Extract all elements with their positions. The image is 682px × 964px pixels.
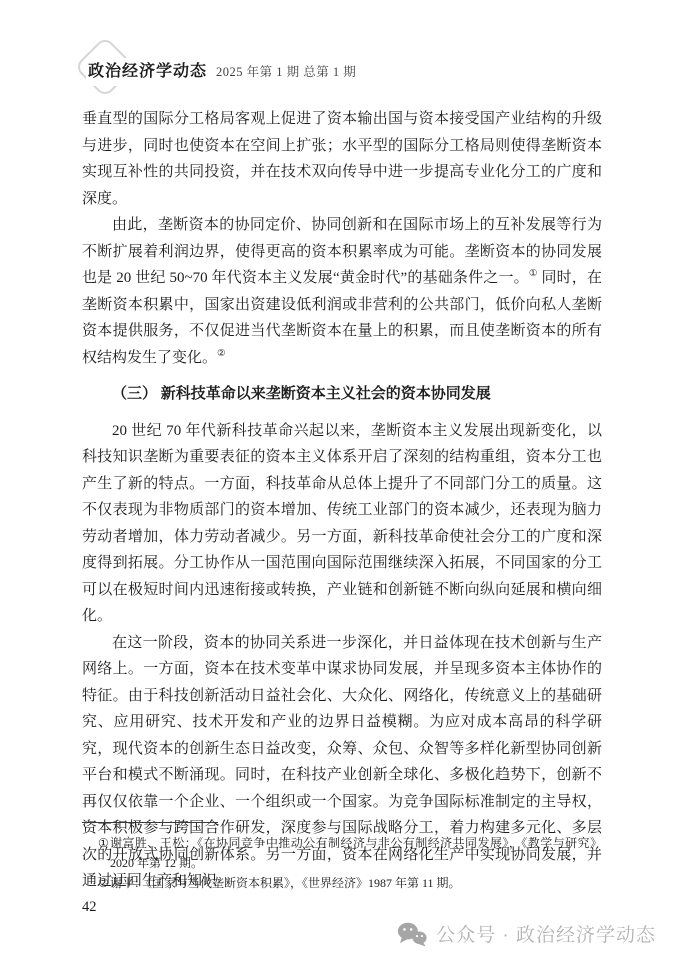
issue-info: 2025 年第 1 期 总第 1 期 (216, 61, 356, 83)
footnote-ref-2: ② (217, 349, 226, 359)
footnote-item: ② 谢平：《国家与当代垄断资本积累》，《世界经济》1987 年第 11 期。 (82, 874, 602, 894)
footnote-area: ① 谢富胜、王松：《在协同竞争中推动公有制经济与非公有制经济共同发展》，《教学与… (82, 822, 602, 895)
wechat-icon (397, 921, 427, 947)
footnote-text: 谢富胜、王松：《在协同竞争中推动公有制经济与非公有制经济共同发展》，《教学与研究… (110, 834, 602, 873)
journal-title: 政治经济学动态 (88, 61, 207, 83)
footnote-marker: ① (82, 834, 110, 873)
page-header: 政治经济学动态 2025 年第 1 期 总第 1 期 (86, 58, 362, 86)
footnote-item: ① 谢富胜、王松：《在协同竞争中推动公有制经济与非公有制经济共同发展》，《教学与… (82, 834, 602, 873)
article-body: 垂直型的国际分工格局客观上促进了资本输出国与资本接受国产业结构的升级与进步，同时… (82, 106, 602, 895)
watermark: 公众号 · 政治经济学动态 (397, 920, 656, 947)
paragraph-text: 由此，垄断资本的协同定价、协同创新和在国际市场上的互补发展等行为不断扩展着利润边… (82, 217, 602, 286)
watermark-text: 公众号 · 政治经济学动态 (436, 920, 656, 947)
page-number: 42 (82, 899, 97, 916)
footnote-text: 谢平：《国家与当代垄断资本积累》，《世界经济》1987 年第 11 期。 (110, 874, 602, 894)
footnote-separator (82, 822, 218, 823)
paragraph: 由此，垄断资本的协同定价、协同创新和在国际市场上的互补发展等行为不断扩展着利润边… (82, 212, 602, 371)
section-heading: （三） 新科技革命以来垄断资本主义社会的资本协同发展 (82, 381, 602, 408)
footnote-ref-1: ① (529, 269, 538, 279)
paragraph: 20 世纪 70 年代新科技革命兴起以来，垄断资本主义发展出现新变化，以科技知识… (82, 418, 602, 630)
journal-page: 政治经济学动态 2025 年第 1 期 总第 1 期 垂直型的国际分工格局客观上… (0, 0, 682, 964)
footnote-marker: ② (82, 874, 110, 894)
paragraph: 垂直型的国际分工格局客观上促进了资本输出国与资本接受国产业结构的升级与进步，同时… (82, 106, 602, 212)
